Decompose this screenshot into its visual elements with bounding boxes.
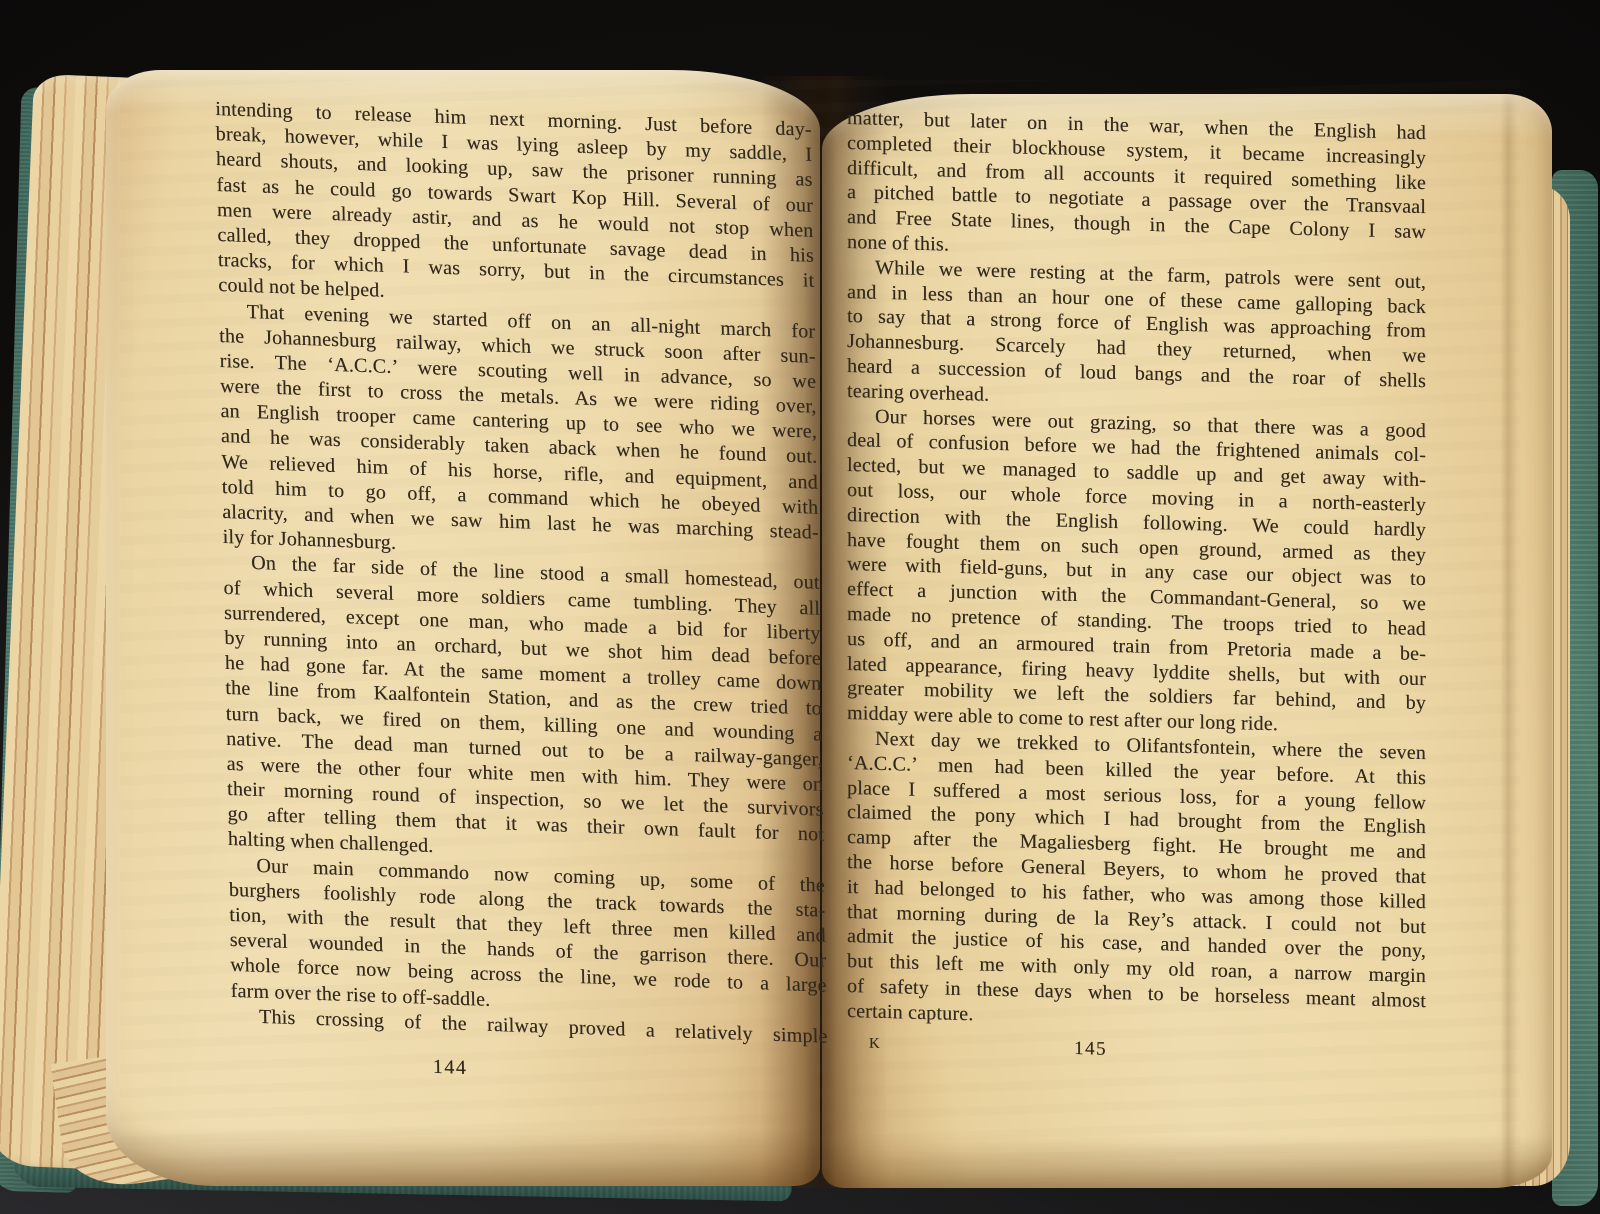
paragraph: On the far side of the line stood a smal… xyxy=(223,550,825,873)
right-page-paragraphs: matter, but later on in the war, when th… xyxy=(847,106,1426,1039)
paragraph: Our main commando now coming up, some of… xyxy=(228,853,827,1025)
book-photograph: intending to release him next morning. J… xyxy=(0,0,1600,1214)
paragraph: That evening we started off on an all-ni… xyxy=(219,298,820,571)
paragraph: matter, but later on in the war, when th… xyxy=(847,106,1426,270)
paragraph: intending to release him next morning. J… xyxy=(215,97,815,319)
left-page-text: intending to release him next morning. J… xyxy=(215,97,828,1093)
left-page-paragraphs: intending to release him next morning. J… xyxy=(215,97,828,1050)
signature-mark: K xyxy=(869,1036,879,1053)
paragraph: While we were resting at the farm, patro… xyxy=(847,255,1426,419)
page-number-right: 145 xyxy=(1074,1038,1107,1060)
paragraph: Our horses were out grazing, so that the… xyxy=(847,404,1426,742)
right-page-text: matter, but later on in the war, when th… xyxy=(847,106,1426,1070)
paragraph: Next day we trekked to Olifantsfontein, … xyxy=(847,726,1426,1039)
page-number-left: 144 xyxy=(433,1056,468,1079)
